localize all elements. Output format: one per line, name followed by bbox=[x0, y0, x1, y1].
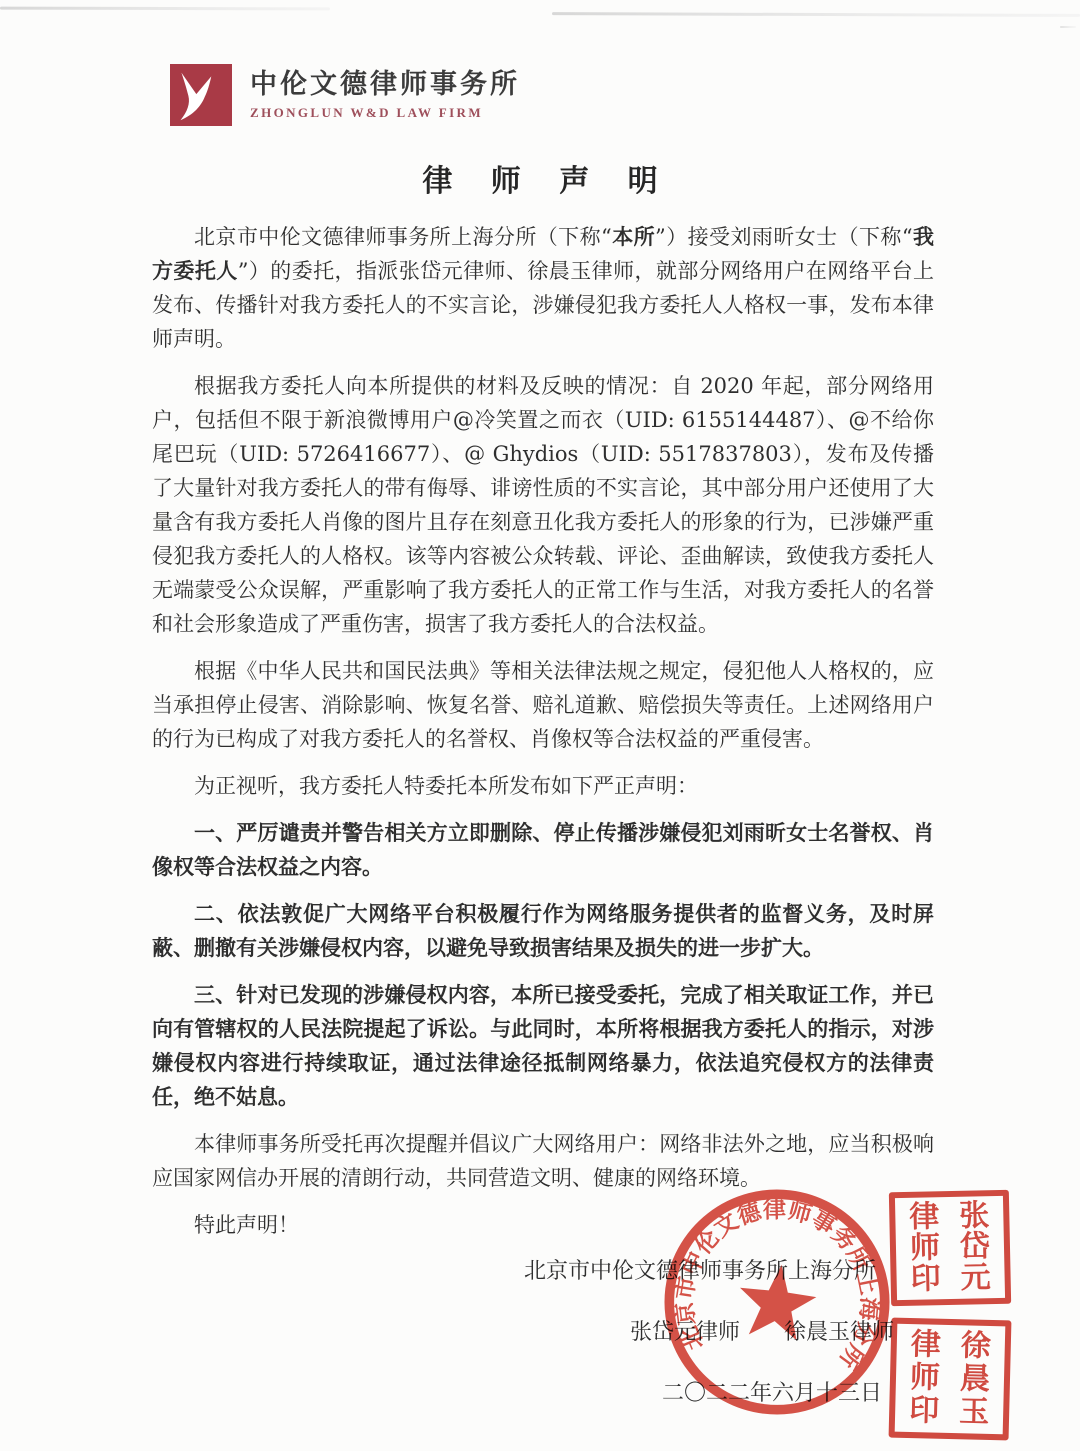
seal-character: 岱 bbox=[960, 1232, 991, 1263]
seal-character: 玉 bbox=[959, 1397, 990, 1428]
paragraph-item1: 一、严厉谴责并警告相关方立即删除、停止传播涉嫌侵犯刘雨昕女士名誉权、肖像权等合法… bbox=[152, 816, 934, 884]
seal-character: 师 bbox=[910, 1233, 941, 1264]
scan-artifact-streak bbox=[0, 7, 330, 11]
seal-character: 律 bbox=[910, 1330, 941, 1361]
signature-date: 二〇二二年六月十三日 bbox=[0, 1377, 882, 1411]
seal-character: 张 bbox=[959, 1202, 990, 1233]
bird-icon bbox=[173, 67, 229, 123]
paragraph-p4: 为正视听，我方委托人特委托本所发布如下严正声明： bbox=[152, 769, 934, 803]
paragraph-item2: 二、依法敦促广大网络平台积极履行作为网络服务提供者的监督义务，及时屏蔽、删撤有关… bbox=[152, 897, 934, 965]
seal-character: 元 bbox=[960, 1263, 991, 1294]
seal-character: 律 bbox=[909, 1203, 940, 1234]
document-title: 律 师 声 明 bbox=[0, 156, 1080, 200]
seal-character: 印 bbox=[910, 1264, 941, 1295]
signature-firm: 北京市中伦文德律师事务所上海分所 bbox=[0, 1255, 876, 1289]
seal-character: 徐 bbox=[960, 1332, 991, 1363]
paragraph-p1: 北京市中伦文德律师事务所上海分所（下称“本所”）接受刘雨昕女士（下称“我方委托人… bbox=[152, 220, 934, 356]
seal-character: 晨 bbox=[960, 1364, 991, 1395]
paragraph-item3: 三、针对已发现的涉嫌侵权内容，本所已接受委托，完成了相关取证工作，并已向有管辖权… bbox=[152, 978, 934, 1114]
lawyer-seal-xu: 律徐师晨印玉 bbox=[889, 1318, 1012, 1441]
scan-artifact-streak bbox=[552, 12, 1080, 17]
seal-character: 师 bbox=[910, 1363, 941, 1394]
scan-artifact-streak bbox=[1060, 26, 1076, 28]
firm-name-en: ZHONGLUN W&D LAW FIRM bbox=[250, 105, 520, 121]
firm-logo-icon bbox=[170, 64, 232, 126]
scanned-legal-statement-page: 中伦文德律师事务所 ZHONGLUN W&D LAW FIRM 律 师 声 明 … bbox=[0, 0, 1080, 1451]
signature-lawyers: 张岱元律师 徐晨玉律师 bbox=[0, 1316, 894, 1350]
firm-name-zh: 中伦文德律师事务所 bbox=[250, 69, 520, 100]
signature-block: 北京市中伦文德律师事务所上海分所 张岱元律师 徐晨玉律师 二〇二二年六月十三日 … bbox=[0, 1255, 1080, 1411]
paragraph-p3: 根据《中华人民共和国民法典》等相关法律法规之规定，侵犯他人人格权的，应当承担停止… bbox=[152, 654, 934, 756]
firm-name-block: 中伦文德律师事务所 ZHONGLUN W&D LAW FIRM bbox=[250, 69, 520, 121]
document-body: 北京市中伦文德律师事务所上海分所（下称“本所”）接受刘雨昕女士（下称“我方委托人… bbox=[0, 220, 1080, 1242]
lawyer-seal-zhang: 律张师岱印元 bbox=[889, 1190, 1011, 1306]
seal-character: 印 bbox=[909, 1396, 940, 1427]
paragraph-closing: 特此声明！ bbox=[152, 1208, 934, 1242]
paragraph-p5: 本律师事务所受托再次提醒并倡议广大网络用户：网络非法外之地，应当积极响应国家网信… bbox=[152, 1127, 934, 1195]
firm-logo: 中伦文德律师事务所 ZHONGLUN W&D LAW FIRM bbox=[170, 64, 1080, 126]
paragraph-p2: 根据我方委托人向本所提供的材料及反映的情况：自 2020 年起，部分网络用户，包… bbox=[152, 369, 934, 641]
